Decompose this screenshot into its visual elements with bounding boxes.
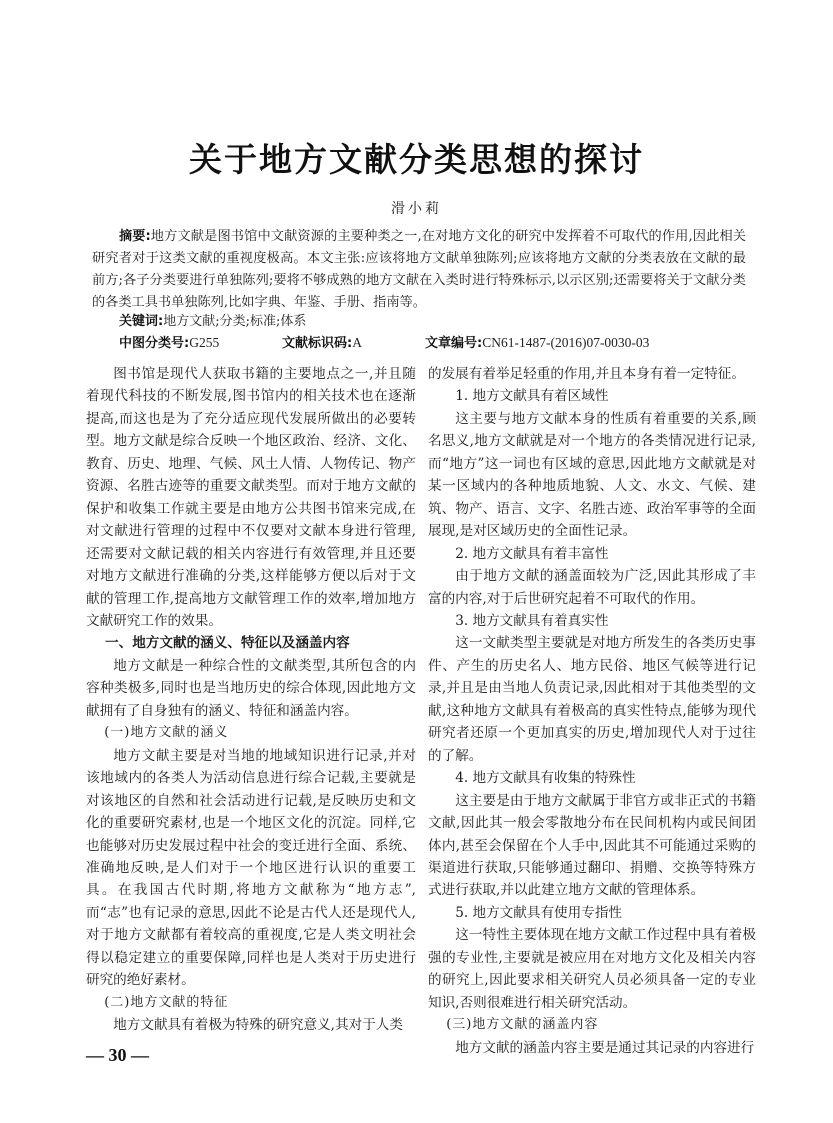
paragraph: 地方文献是一种综合性的文献类型,其所包含的内容种类极多,同时也是当地历史的综合体… <box>86 655 416 722</box>
paragraph: 地方文献具有着极为特殊的研究意义,其对于人类 <box>86 1014 416 1036</box>
page-number: — 30 — <box>86 1043 149 1067</box>
clc-number: 中图分类号:G255 <box>119 333 219 354</box>
keywords-label: 关键词: <box>119 314 163 329</box>
paragraph: 这一特性主要体现在地方文献工作过程中具有着极强的专业性,主要就是被应用在对地方文… <box>428 924 756 1014</box>
numbered-heading: 5. 地方文献具有使用专指性 <box>428 902 756 924</box>
numbered-heading: 2. 地方文献具有着丰富性 <box>428 543 756 565</box>
subsection-heading: (三)地方文献的涵盖内容 <box>428 1014 756 1036</box>
numbered-heading: 3. 地方文献具有着真实性 <box>428 610 756 632</box>
paragraph: 这主要是由于地方文献属于非官方或非正式的书籍文献,因此其一般会零散地分布在民间机… <box>428 790 756 902</box>
paragraph: 由于地方文献的涵盖面较为广泛,因此其形成了丰富的内容,对于后世研究起着不可取代的… <box>428 565 756 610</box>
paragraph: 这主要与地方文献本身的性质有着重要的关系,顾名思义,地方文献就是对一个地方的各类… <box>428 408 756 543</box>
keywords-value: 地方文献;分类;标准;体系 <box>163 314 306 329</box>
article-number: 文章编号:CN61-1487-(2016)07-0030-03 <box>425 333 649 354</box>
abstract: 摘要:地方文献是图书馆中文献资源的主要种类之一,在对地方文化的研究中发挥着不可取… <box>92 226 746 314</box>
paragraph: 地方文献主要是对当地的地域知识进行记录,并对该地域内的各类人为活动信息进行综合记… <box>86 745 416 992</box>
numbered-heading: 1. 地方文献具有着区域性 <box>428 385 756 407</box>
paragraph: 这一文献类型主要就是对地方所发生的各类历史事件、产生的历史名人、地方民俗、地区气… <box>428 632 756 767</box>
numbered-heading: 4. 地方文献具有收集的特殊性 <box>428 767 756 789</box>
author-name: 滑小莉 <box>0 199 833 219</box>
subsection-heading: (二)地方文献的特征 <box>86 992 416 1014</box>
abstract-label: 摘要: <box>119 229 151 244</box>
paragraph-continued: 的发展有着举足轻重的作用,并且本身有着一定特征。 <box>428 363 756 385</box>
article-title: 关于地方文献分类思想的探讨 <box>0 138 833 182</box>
section-heading: 一、地方文献的涵义、特征以及涵盖内容 <box>86 632 416 654</box>
body-column-left: 图书馆是现代人获取书籍的主要地点之一,并且随着现代科技的不断发展,图书馆内的相关… <box>86 363 416 1037</box>
body-column-right: 的发展有着举足轻重的作用,并且本身有着一定特征。1. 地方文献具有着区域性这主要… <box>428 363 756 1059</box>
paragraph: 地方文献的涵盖内容主要是通过其记录的内容进行 <box>428 1037 756 1059</box>
document-code: 文献标识码:A <box>282 333 362 354</box>
paragraph: 图书馆是现代人获取书籍的主要地点之一,并且随着现代科技的不断发展,图书馆内的相关… <box>86 363 416 632</box>
subsection-heading: (一)地方文献的涵义 <box>86 722 416 744</box>
keywords: 关键词:地方文献;分类;标准;体系 <box>119 312 306 332</box>
abstract-text: 地方文献是图书馆中文献资源的主要种类之一,在对地方文化的研究中发挥着不可取代的作… <box>92 229 746 310</box>
